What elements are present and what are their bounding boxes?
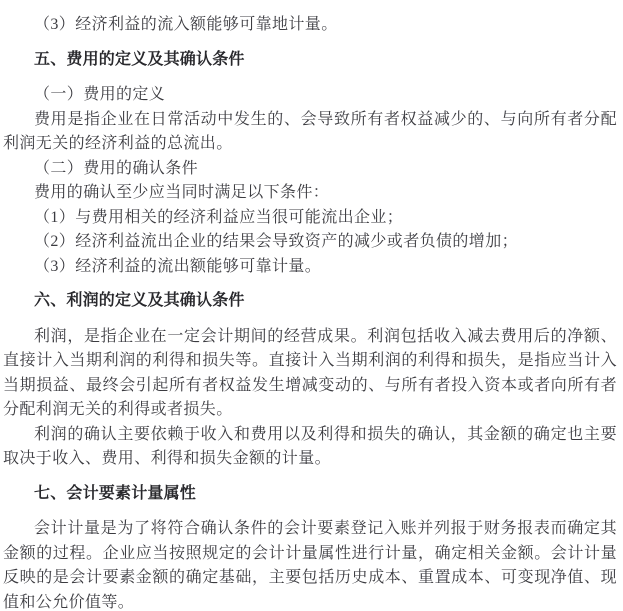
paragraph-profit-recognition: 利润的确认主要依赖于收入和费用以及利得和损失的确认，其金额的确定也主要取决于收入…: [3, 423, 617, 472]
subheading-expense-recognition: （二）费用的确认条件: [3, 157, 617, 182]
subheading-expense-definition: （一）费用的定义: [3, 83, 617, 108]
paragraph-measurement-attributes: 会计计量是为了将符合确认条件的会计要素登记入账并列报于财务报表而确定其金额的过程…: [3, 517, 617, 611]
document-page: （3）经济利益的流入额能够可靠地计量。 五、费用的定义及其确认条件 （一）费用的…: [0, 0, 623, 611]
paragraph-expense-definition: 费用是指企业在日常活动中发生的、会导致所有者权益减少的、与向所有者分配利润无关的…: [3, 108, 617, 157]
section-heading-expense: 五、费用的定义及其确认条件: [3, 48, 617, 73]
list-item-condition-3: （3）经济利益的流出额能够可靠计量。: [3, 255, 617, 280]
paragraph-profit-definition: 利润，是指企业在一定会计期间的经营成果。利润包括收入减去费用后的净额、直接计入当…: [3, 325, 617, 423]
list-item-condition-2: （2）经济利益流出企业的结果会导致资产的减少或者负债的增加；: [3, 230, 617, 255]
list-intro-expense-conditions: 费用的确认至少应当同时满足以下条件：: [3, 181, 617, 206]
list-item-condition-1: （1）与费用相关的经济利益应当很可能流出企业；: [3, 206, 617, 231]
section-heading-profit: 六、利润的定义及其确认条件: [3, 289, 617, 314]
list-item-inflow-measurable: （3）经济利益的流入额能够可靠地计量。: [3, 13, 617, 38]
section-heading-measurement: 七、会计要素计量属性: [3, 482, 617, 507]
